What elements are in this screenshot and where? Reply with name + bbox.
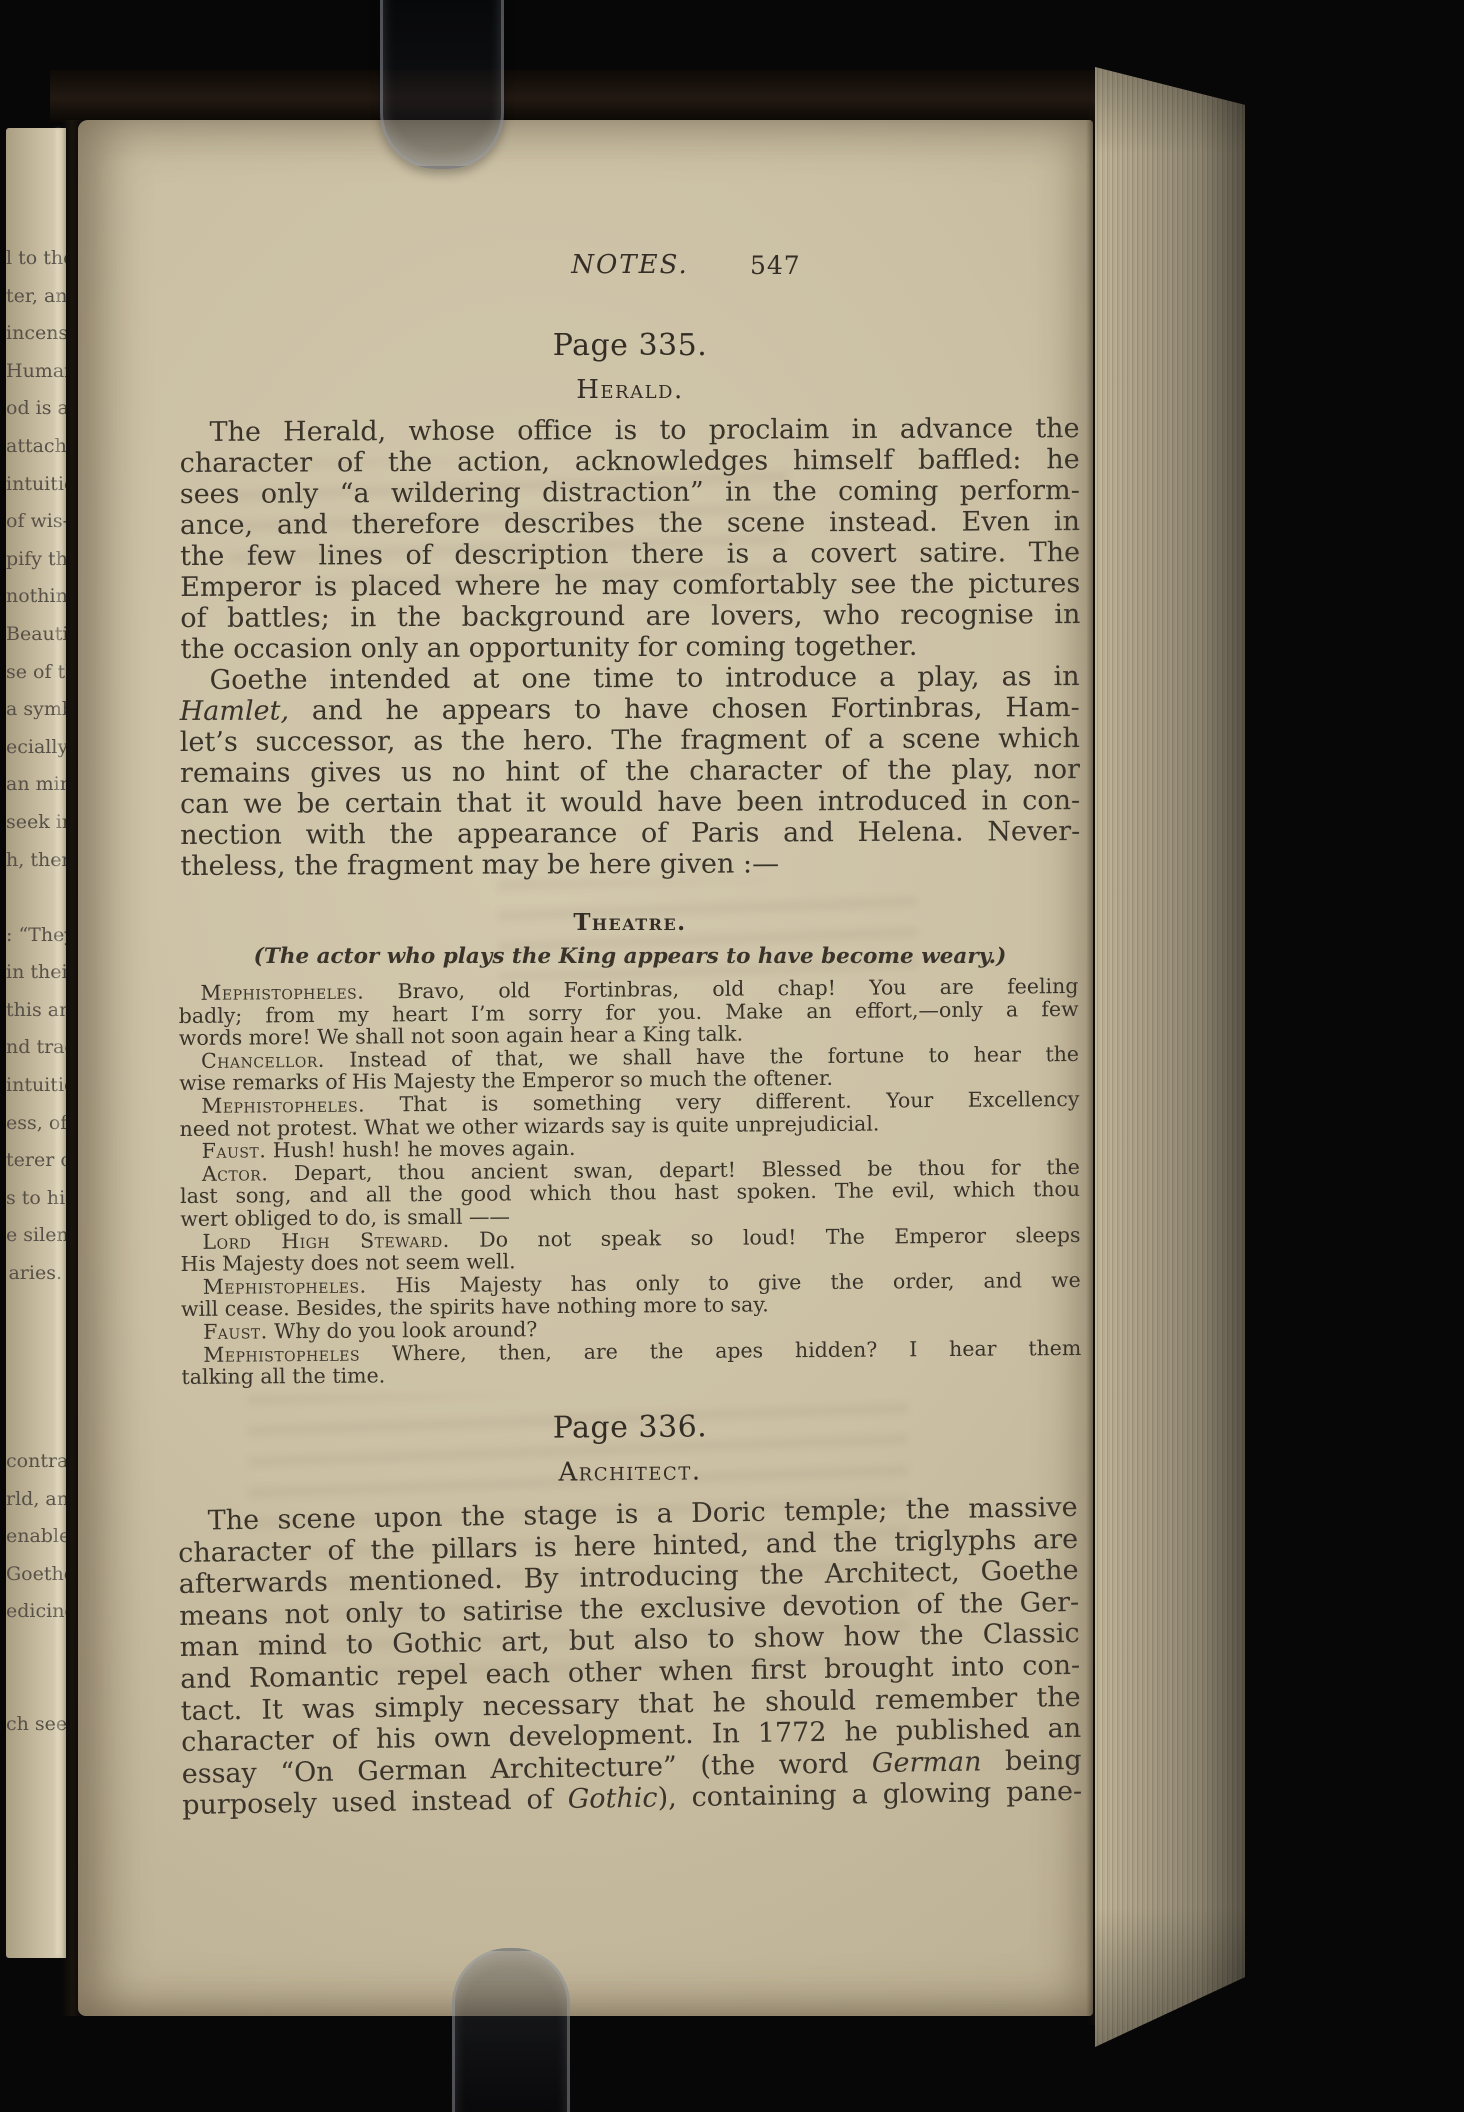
text-segment: remains gives us no hint of the characte… bbox=[180, 754, 1080, 789]
pagehead-heading: Page 335. bbox=[180, 328, 1080, 363]
fragment-line: ess, of a bbox=[6, 1105, 62, 1143]
fragment-line: e silent, bbox=[6, 1217, 62, 1255]
text-segment: The Herald, whose office is to proclaim … bbox=[209, 413, 1079, 448]
text-segment: Gothic bbox=[567, 1783, 657, 1815]
subhead-heading: Theatre. bbox=[180, 909, 1080, 936]
text-line: talking all the time. bbox=[181, 1359, 1081, 1389]
paragraph: Goethe intended at one time to introduce… bbox=[180, 661, 1081, 882]
fragment-line: intuition, bbox=[6, 1067, 62, 1105]
text-line: nection with the appearance of Paris and… bbox=[180, 816, 1080, 851]
text-line: remains gives us no hint of the characte… bbox=[180, 754, 1080, 789]
speaker-name: Faust. bbox=[202, 1138, 267, 1163]
text-line: of battles; in the background are lovers… bbox=[180, 599, 1080, 634]
text-line: The Herald, whose office is to proclaim … bbox=[179, 413, 1079, 448]
text-segment: Do not speak so loud! The Emperor sleeps bbox=[450, 1222, 1081, 1251]
gutter-crease-highlight bbox=[56, 128, 60, 1956]
speaker-name: Mephistopheles. bbox=[200, 980, 364, 1005]
text-segment: theless, the fragment may be here given … bbox=[180, 848, 779, 882]
fragment-line: Human bbox=[6, 353, 62, 391]
text-segment: character of the action, acknowledges hi… bbox=[180, 444, 1080, 479]
text-segment: purposely used instead of bbox=[182, 1784, 568, 1821]
page-right-edge-shadow bbox=[1086, 110, 1096, 2025]
fragment-line: ch seem bbox=[6, 1706, 62, 1744]
text-line: the few lines of description there is a … bbox=[180, 537, 1080, 572]
text-line: ance, and therefore describes the scene … bbox=[180, 506, 1080, 541]
stage-direction: (The actor who plays the King appears to… bbox=[180, 944, 1080, 969]
subhead-heading: Architect. bbox=[180, 1453, 1080, 1491]
text-line: Goethe intended at one time to introduce… bbox=[180, 661, 1080, 696]
fragment-line: pify that bbox=[6, 541, 62, 579]
text-segment: nection with the appearance of Paris and… bbox=[180, 816, 1080, 851]
text-line: Emperor is placed where he may comfortab… bbox=[180, 568, 1080, 603]
fragment-line: edicine, bbox=[6, 1593, 62, 1631]
book-page: NOTES. 547 Page 335.Herald.The Herald, w… bbox=[78, 120, 1093, 2016]
text-line: let’s successor, as the hero. The fragme… bbox=[180, 723, 1080, 758]
speaker-name: Faust. bbox=[203, 1319, 268, 1344]
fragment-line: h, then- bbox=[6, 842, 62, 880]
fragment-line: incense- bbox=[6, 315, 62, 353]
fragment-line: ter, and bbox=[6, 278, 62, 316]
fragment-line: attaches bbox=[6, 428, 62, 466]
text-segment: of battles; in the background are lovers… bbox=[180, 599, 1080, 634]
text-segment: ), containing a glowing pane- bbox=[657, 1776, 1082, 1814]
fragment-line: enables bbox=[6, 1518, 62, 1556]
text-segment: can we be certain that it would have bee… bbox=[180, 785, 1080, 820]
fragment-line: Beautiful bbox=[6, 616, 62, 654]
paragraph: The Herald, whose office is to proclaim … bbox=[179, 413, 1080, 665]
fragment-line: : “They bbox=[6, 917, 62, 955]
text-line: theless, the fragment may be here given … bbox=[180, 847, 1080, 882]
text-segment: talking all the time. bbox=[181, 1363, 385, 1389]
running-header-title: NOTES. bbox=[180, 250, 1080, 280]
text-segment: sees only “a wildering distraction” in t… bbox=[180, 475, 1080, 510]
fragment-line: se of the bbox=[6, 654, 62, 692]
fragment-line: seek in bbox=[6, 804, 62, 842]
fragment-line: od is a bbox=[6, 390, 62, 428]
fragment-line: l to the bbox=[6, 240, 62, 278]
facing-page-text-fragments: l to theter, andincense-Humanod is aatta… bbox=[6, 240, 62, 1744]
text-segment: the few lines of description there is a … bbox=[180, 537, 1080, 572]
page-holder-clip-bottom bbox=[452, 1948, 570, 2112]
text-segment: the occasion only an opportunity for com… bbox=[180, 631, 917, 665]
speaker-name: Chancellor. bbox=[201, 1048, 325, 1073]
fragment-line: contrast bbox=[6, 1443, 62, 1481]
fragment-line: intuition bbox=[6, 466, 62, 504]
page-stack-fore-edge bbox=[1095, 55, 1245, 2047]
paragraph: The scene upon the stage is a Doric temp… bbox=[178, 1492, 1083, 1822]
text-segment: being bbox=[981, 1745, 1082, 1778]
dialogue-block: Mephistopheles. Bravo, old Fortinbras, o… bbox=[178, 975, 1081, 1389]
running-header: NOTES. 547 bbox=[180, 250, 1080, 292]
fragment-line: a symbol bbox=[6, 691, 62, 729]
fragment-line: of wis- bbox=[6, 503, 62, 541]
speaker-name: Mephistopheles. bbox=[201, 1093, 365, 1118]
text-segment: Goethe intended at one time to introduce… bbox=[210, 661, 1080, 696]
text-line: Hamlet, and he appears to have chosen Fo… bbox=[180, 692, 1080, 727]
speaker-name: Mephistopheles. bbox=[203, 1273, 367, 1298]
fragment-line: nothing” bbox=[6, 578, 62, 616]
text-line: the occasion only an opportunity for com… bbox=[180, 630, 1080, 665]
fragment-line: an mind, bbox=[6, 766, 62, 804]
speaker-name: Actor. bbox=[202, 1161, 269, 1186]
text-line: sees only “a wildering distraction” in t… bbox=[180, 475, 1080, 510]
fragment-line: terer can bbox=[6, 1142, 62, 1180]
fragment-line: this and bbox=[6, 992, 62, 1030]
text-segment: Emperor is placed where he may comfortab… bbox=[180, 568, 1080, 603]
text-segment: and he appears to have chosen Fortinbras… bbox=[289, 692, 1080, 726]
book-photo-scene: l to theter, andincense-Humanod is aatta… bbox=[0, 0, 1464, 2112]
text-line: character of the action, acknowledges hi… bbox=[180, 444, 1080, 479]
subhead-heading: Herald. bbox=[180, 375, 1080, 405]
fragment-line: nd traces bbox=[6, 1029, 62, 1067]
pagehead-heading: Page 336. bbox=[180, 1406, 1080, 1449]
text-segment: ance, and therefore describes the scene … bbox=[180, 506, 1080, 541]
text-segment: Hamlet, bbox=[180, 696, 289, 727]
fragment-line: aries. bbox=[6, 1255, 62, 1293]
fragment-line: Goethe bbox=[6, 1556, 62, 1594]
text-segment: let’s successor, as the hero. The fragme… bbox=[180, 723, 1080, 758]
folio-page-number: 547 bbox=[750, 251, 801, 280]
fragment-line: in their bbox=[6, 954, 62, 992]
fragment-line: ecially in bbox=[6, 729, 62, 767]
fragment-line: s to him bbox=[6, 1180, 62, 1218]
text-line: can we be certain that it would have bee… bbox=[180, 785, 1080, 820]
speaker-name: Mephistopheles bbox=[203, 1341, 360, 1366]
page-holder-clip-top bbox=[380, 0, 504, 169]
text-segment: German bbox=[872, 1746, 982, 1779]
book-cover-top-edge bbox=[50, 70, 1100, 122]
fragment-line: rld, and bbox=[6, 1481, 62, 1519]
